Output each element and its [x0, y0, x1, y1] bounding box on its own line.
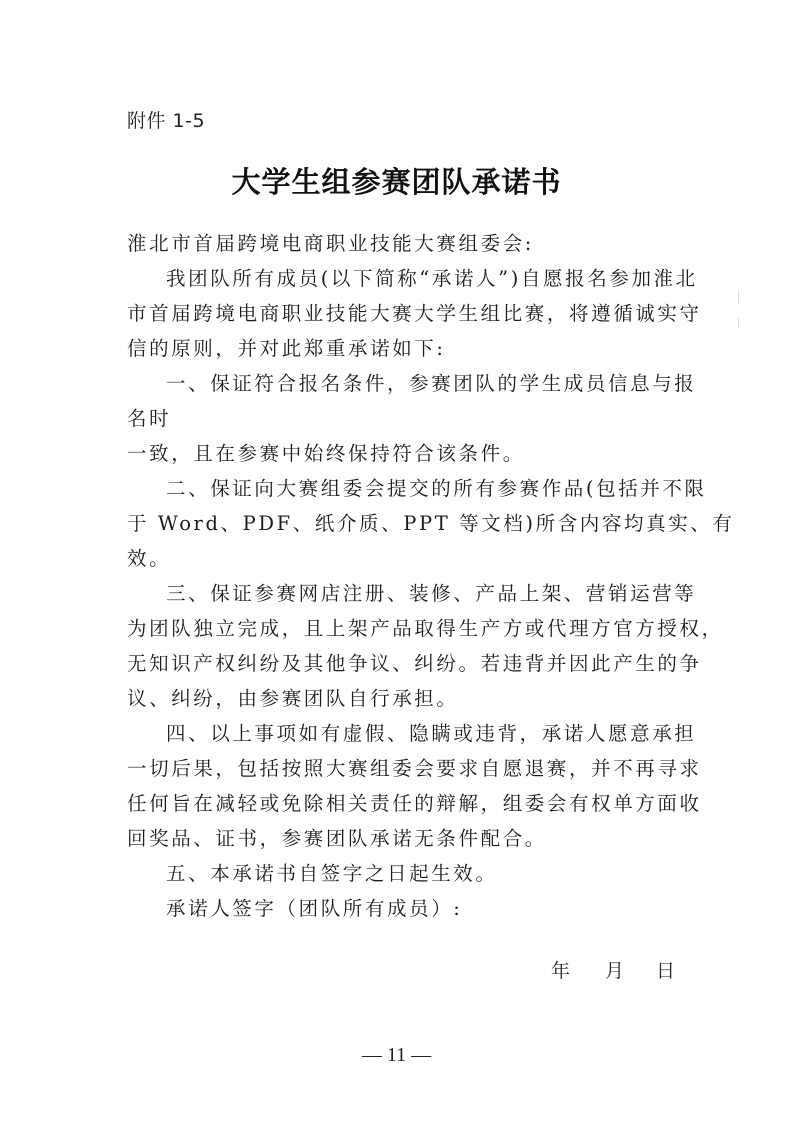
body-line: 效。	[127, 543, 171, 571]
body-line: 一致，且在参赛中始终保持符合该条件。	[127, 438, 525, 466]
date-year: 年	[551, 956, 570, 983]
page-number: — 11 —	[0, 1044, 793, 1067]
body-line: 信的原则，并对此郑重承诺如下:	[127, 333, 446, 361]
attachment-label: 附件 1-5	[127, 106, 205, 133]
body-line: 一切后果，包括按照大赛组委会要求自愿退赛，并不再寻求	[127, 753, 702, 781]
signature-label: 承诺人签字（团队所有成员）:	[166, 893, 462, 921]
clause-4: 四、以上事项如有虚假、隐瞒或违背，承诺人愿意承担	[166, 718, 696, 746]
scan-artifact	[738, 318, 739, 328]
scan-artifact	[738, 290, 739, 304]
document-title: 大学生组参赛团队承诺书	[0, 160, 793, 201]
clause-1: 一、保证符合报名条件，参赛团队的学生成员信息与报	[166, 368, 696, 396]
body-line: 名时	[127, 403, 171, 431]
body-line: 于 Word、PDF、纸介质、PPT 等文档)所含内容均真实、有	[127, 508, 735, 536]
body-line: 议、纠纷，由参赛团队自行承担。	[127, 683, 459, 711]
body-line: 回奖品、证书，参赛团队承诺无条件配合。	[127, 823, 547, 851]
date-month: 月	[605, 956, 624, 983]
body-line: 我团队所有成员(以下简称“承诺人”)自愿报名参加淮北	[166, 263, 698, 291]
body-line: 无知识产权纠纷及其他争议、纠纷。若违背并因此产生的争	[127, 648, 702, 676]
body-line: 任何旨在减轻或免除相关责任的辩解，组委会有权单方面收	[127, 788, 702, 816]
date-day: 日	[656, 956, 675, 983]
clause-3: 三、保证参赛网店注册、装修、产品上架、营销运营等	[166, 578, 696, 606]
document-page: 附件 1-5 大学生组参赛团队承诺书 淮北市首届跨境电商职业技能大赛组委会: 我…	[0, 0, 793, 1121]
salutation: 淮北市首届跨境电商职业技能大赛组委会:	[127, 228, 534, 256]
body-line: 为团队独立完成，且上架产品取得生产方或代理方官方授权，	[127, 613, 724, 641]
clause-5: 五、本承诺书自签字之日起生效。	[166, 858, 498, 886]
body-line: 市首届跨境电商职业技能大赛大学生组比赛，将遵循诚实守	[127, 298, 702, 326]
date-line: 年 月 日	[0, 956, 793, 986]
clause-2: 二、保证向大赛组委会提交的所有参赛作品(包括并不限	[166, 473, 707, 501]
